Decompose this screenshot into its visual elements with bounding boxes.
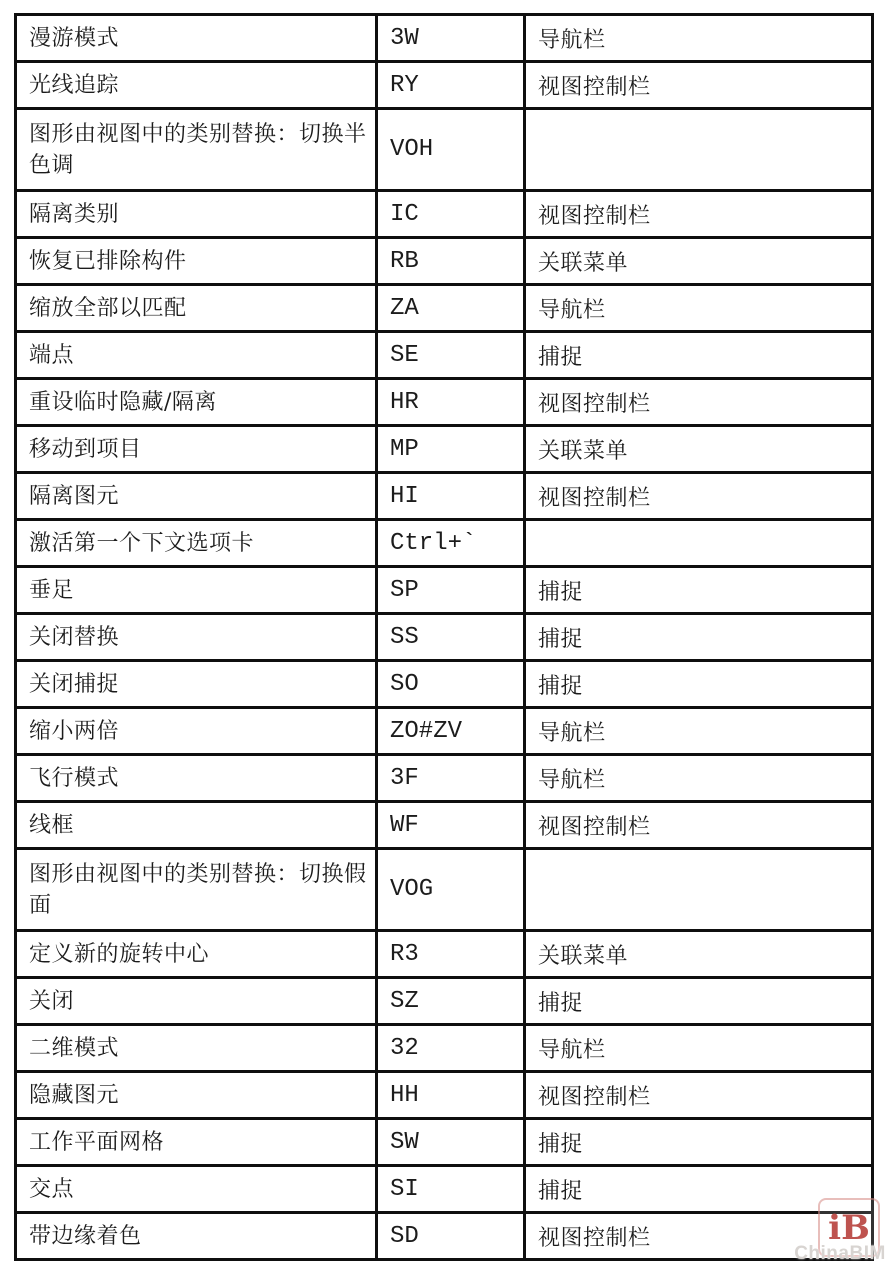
- command-cell: 端点: [16, 332, 377, 379]
- location-cell: [525, 520, 873, 567]
- shortcut-cell: SW: [377, 1119, 525, 1166]
- table-row: 图形由视图中的类别替换：切换假面 VOG: [16, 849, 873, 931]
- command-cell: 工作平面网格: [16, 1119, 377, 1166]
- location-cell: 关联菜单: [525, 426, 873, 473]
- shortcut-cell: SD: [377, 1213, 525, 1260]
- command-cell: 关闭替换: [16, 614, 377, 661]
- location-cell: 视图控制栏: [525, 191, 873, 238]
- command-cell: 隐藏图元: [16, 1072, 377, 1119]
- shortcut-cell: 3F: [377, 755, 525, 802]
- shortcut-table-body: 漫游模式 3W 导航栏 光线追踪 RY 视图控制栏 图形由视图中的类别替换：切换…: [16, 15, 873, 1260]
- command-cell: 图形由视图中的类别替换：切换半色调: [16, 109, 377, 191]
- table-row: 激活第一个下文选项卡 Ctrl+`: [16, 520, 873, 567]
- location-cell: 捕捉: [525, 661, 873, 708]
- table-row: 关闭 SZ 捕捉: [16, 978, 873, 1025]
- table-row: 垂足 SP 捕捉: [16, 567, 873, 614]
- location-cell: 关联菜单: [525, 931, 873, 978]
- watermark-text: ChinaBIM: [794, 1243, 886, 1265]
- location-cell: 捕捉: [525, 614, 873, 661]
- location-cell: 视图控制栏: [525, 379, 873, 426]
- command-cell: 线框: [16, 802, 377, 849]
- location-cell: [525, 849, 873, 931]
- command-cell: 缩小两倍: [16, 708, 377, 755]
- location-cell: 捕捉: [525, 567, 873, 614]
- location-cell: 视图控制栏: [525, 473, 873, 520]
- chinabim-logo-icon: iB: [828, 1211, 870, 1245]
- table-row: 隔离图元 HI 视图控制栏: [16, 473, 873, 520]
- command-cell: 垂足: [16, 567, 377, 614]
- table-row: 重设临时隐藏/隔离 HR 视图控制栏: [16, 379, 873, 426]
- command-cell: 隔离图元: [16, 473, 377, 520]
- table-row: 隔离类别 IC 视图控制栏: [16, 191, 873, 238]
- shortcut-cell: Ctrl+`: [377, 520, 525, 567]
- table-row: 线框 WF 视图控制栏: [16, 802, 873, 849]
- shortcut-cell: SP: [377, 567, 525, 614]
- command-cell: 隔离类别: [16, 191, 377, 238]
- shortcut-cell: VOH: [377, 109, 525, 191]
- command-cell: 定义新的旋转中心: [16, 931, 377, 978]
- location-cell: [525, 109, 873, 191]
- shortcut-cell: VOG: [377, 849, 525, 931]
- table-row: 关闭替换 SS 捕捉: [16, 614, 873, 661]
- command-cell: 漫游模式: [16, 15, 377, 62]
- table-row: 图形由视图中的类别替换：切换半色调 VOH: [16, 109, 873, 191]
- shortcut-table: 漫游模式 3W 导航栏 光线追踪 RY 视图控制栏 图形由视图中的类别替换：切换…: [14, 13, 874, 1261]
- command-cell: 恢复已排除构件: [16, 238, 377, 285]
- table-row: 工作平面网格 SW 捕捉: [16, 1119, 873, 1166]
- table-row: 缩放全部以匹配 ZA 导航栏: [16, 285, 873, 332]
- command-cell: 飞行模式: [16, 755, 377, 802]
- shortcut-cell: HH: [377, 1072, 525, 1119]
- table-row: 交点 SI 捕捉: [16, 1166, 873, 1213]
- table-row: 光线追踪 RY 视图控制栏: [16, 62, 873, 109]
- location-cell: 捕捉: [525, 332, 873, 379]
- table-row: 恢复已排除构件 RB 关联菜单: [16, 238, 873, 285]
- shortcut-cell: SZ: [377, 978, 525, 1025]
- shortcut-cell: MP: [377, 426, 525, 473]
- command-cell: 重设临时隐藏/隔离: [16, 379, 377, 426]
- command-cell: 光线追踪: [16, 62, 377, 109]
- table-row: 飞行模式 3F 导航栏: [16, 755, 873, 802]
- command-cell: 交点: [16, 1166, 377, 1213]
- location-cell: 视图控制栏: [525, 62, 873, 109]
- location-cell: 捕捉: [525, 1119, 873, 1166]
- shortcut-cell: HI: [377, 473, 525, 520]
- shortcut-cell: IC: [377, 191, 525, 238]
- location-cell: 视图控制栏: [525, 802, 873, 849]
- shortcut-cell: SO: [377, 661, 525, 708]
- table-row: 带边缘着色 SD 视图控制栏: [16, 1213, 873, 1260]
- command-cell: 激活第一个下文选项卡: [16, 520, 377, 567]
- command-cell: 带边缘着色: [16, 1213, 377, 1260]
- shortcut-cell: RB: [377, 238, 525, 285]
- table-row: 关闭捕捉 SO 捕捉: [16, 661, 873, 708]
- command-cell: 二维模式: [16, 1025, 377, 1072]
- location-cell: 导航栏: [525, 755, 873, 802]
- shortcut-cell: ZA: [377, 285, 525, 332]
- table-row: 缩小两倍 ZO#ZV 导航栏: [16, 708, 873, 755]
- command-cell: 图形由视图中的类别替换：切换假面: [16, 849, 377, 931]
- command-cell: 缩放全部以匹配: [16, 285, 377, 332]
- location-cell: 捕捉: [525, 978, 873, 1025]
- shortcut-cell: SI: [377, 1166, 525, 1213]
- table-row: 隐藏图元 HH 视图控制栏: [16, 1072, 873, 1119]
- table-row: 移动到项目 MP 关联菜单: [16, 426, 873, 473]
- location-cell: 导航栏: [525, 1025, 873, 1072]
- shortcut-cell: SE: [377, 332, 525, 379]
- shortcut-cell: ZO#ZV: [377, 708, 525, 755]
- command-cell: 移动到项目: [16, 426, 377, 473]
- shortcut-cell: 32: [377, 1025, 525, 1072]
- table-row: 二维模式 32 导航栏: [16, 1025, 873, 1072]
- table-row: 定义新的旋转中心 R3 关联菜单: [16, 931, 873, 978]
- location-cell: 导航栏: [525, 708, 873, 755]
- location-cell: 视图控制栏: [525, 1072, 873, 1119]
- table-row: 漫游模式 3W 导航栏: [16, 15, 873, 62]
- command-cell: 关闭捕捉: [16, 661, 377, 708]
- shortcut-cell: WF: [377, 802, 525, 849]
- location-cell: 导航栏: [525, 285, 873, 332]
- shortcut-cell: SS: [377, 614, 525, 661]
- shortcut-cell: 3W: [377, 15, 525, 62]
- shortcut-cell: HR: [377, 379, 525, 426]
- shortcut-cell: R3: [377, 931, 525, 978]
- location-cell: 导航栏: [525, 15, 873, 62]
- table-row: 端点 SE 捕捉: [16, 332, 873, 379]
- command-cell: 关闭: [16, 978, 377, 1025]
- location-cell: 关联菜单: [525, 238, 873, 285]
- shortcut-cell: RY: [377, 62, 525, 109]
